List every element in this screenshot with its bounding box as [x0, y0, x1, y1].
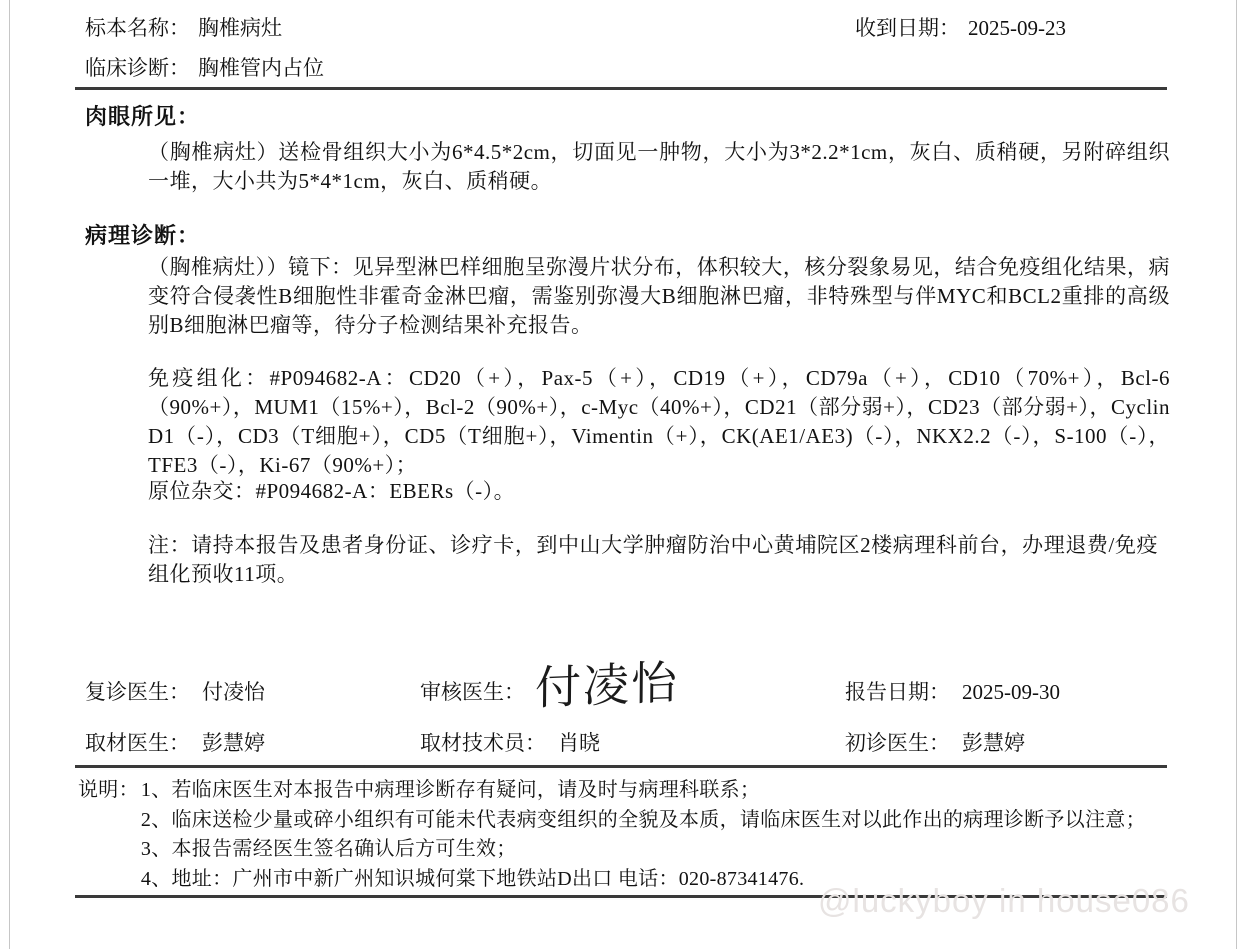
report-date-value: 2025-09-30 — [962, 680, 1060, 704]
footer-note-1: 1、若临床医生对本报告中病理诊断存有疑问，请及时与病理科联系； — [141, 776, 1146, 806]
sampling-technician-label: 取材技术员： — [420, 731, 546, 755]
immunohistochemistry-results: 免疫组化：#P094682-A：CD20（+），Pax-5（+），CD19（+）… — [148, 364, 1170, 480]
pathology-diagnosis-body: （胸椎病灶））镜下：见异型淋巴样细胞呈弥漫片状分布，体积较大，核分裂象易见，结合… — [148, 253, 1170, 340]
clinical-diagnosis-label: 临床诊断： — [85, 56, 190, 80]
received-date-row: 收到日期：2025-09-23 — [855, 12, 1066, 42]
signoff-divider — [75, 765, 1167, 768]
sampling-technician-row: 取材技术员：肖晓 — [420, 727, 600, 757]
clinical-diagnosis-value: 胸椎管内占位 — [198, 56, 324, 80]
pathology-diagnosis-title: 病理诊断： — [85, 219, 200, 250]
review-doctor-value: 付凌怡 — [202, 680, 265, 704]
page-right-border — [1236, 0, 1237, 949]
gross-findings-body: （胸椎病灶）送检骨组织大小为6*4.5*2cm，切面见一肿物，大小为3*2.2*… — [148, 138, 1170, 196]
specimen-name-row: 标本名称：胸椎病灶 — [85, 12, 282, 42]
page-left-border — [9, 0, 10, 949]
in-situ-hybridization-result: 原位杂交：#P094682-A：EBERs（-）。 — [148, 477, 1170, 506]
received-date-value: 2025-09-23 — [968, 16, 1066, 40]
sampling-doctor-row: 取材医生：彭慧婷 — [85, 727, 265, 757]
footer-note-3: 3、本报告需经医生签名确认后方可生效； — [141, 835, 1146, 865]
initial-doctor-label: 初诊医生： — [845, 731, 950, 755]
sampling-technician-value: 肖晓 — [558, 731, 600, 755]
review-doctor-row: 复诊医生：付凌怡 — [85, 676, 265, 706]
report-date-row: 报告日期：2025-09-30 — [845, 676, 1060, 706]
sampling-doctor-label: 取材医生： — [85, 731, 190, 755]
audit-doctor-row: 审核医生：付凌怡 — [420, 676, 679, 709]
footer-notes: 说明： 1、若临床医生对本报告中病理诊断存有疑问，请及时与病理科联系； 2、临床… — [78, 776, 1198, 894]
specimen-name-value: 胸椎病灶 — [198, 16, 282, 40]
watermark-text: @luckyboy in house086 — [818, 882, 1190, 920]
header-divider — [75, 87, 1167, 90]
report-date-label: 报告日期： — [845, 680, 950, 704]
pathology-report-page: { "header": { "specimen": { "label": "标本… — [0, 0, 1242, 949]
audit-doctor-label: 审核医生： — [420, 680, 525, 704]
initial-doctor-value: 彭慧婷 — [962, 731, 1025, 755]
specimen-name-label: 标本名称： — [85, 16, 190, 40]
footer-note-2: 2、临床送检少量或碎小组织有可能未代表病变组织的全貌及本质，请临床医生对以此作出… — [141, 806, 1146, 836]
footer-notes-label: 说明： — [78, 776, 139, 894]
initial-doctor-row: 初诊医生：彭慧婷 — [845, 727, 1025, 757]
received-date-label: 收到日期： — [855, 16, 960, 40]
gross-findings-title: 肉眼所见： — [85, 100, 200, 131]
footer-notes-items: 1、若临床医生对本报告中病理诊断存有疑问，请及时与病理科联系； 2、临床送检少量… — [141, 776, 1146, 894]
refund-note: 注：请持本报告及患者身份证、诊疗卡，到中山大学肿瘤防治中心黄埔院区2楼病理科前台… — [148, 531, 1158, 589]
audit-doctor-signature: 付凌怡 — [535, 660, 679, 712]
review-doctor-label: 复诊医生： — [85, 680, 190, 704]
sampling-doctor-value: 彭慧婷 — [202, 731, 265, 755]
clinical-diagnosis-row: 临床诊断：胸椎管内占位 — [85, 52, 324, 82]
